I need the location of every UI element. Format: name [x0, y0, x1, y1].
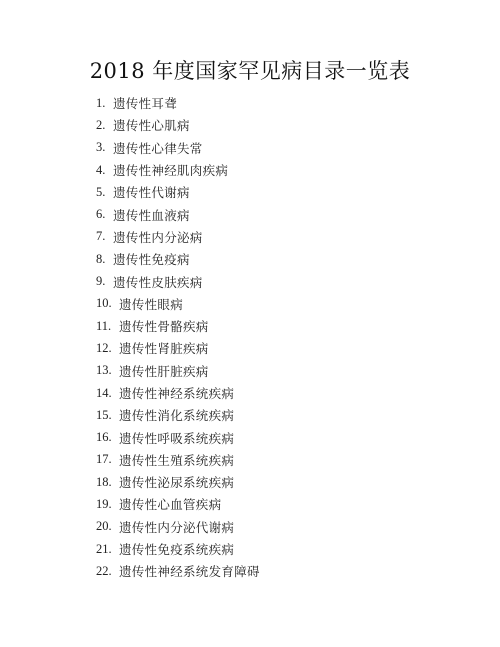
list-item: 9.遗传性皮肤疾病	[96, 270, 260, 292]
rare-disease-list: 1.遗传性耳聋 2.遗传性心肌病 3.遗传性心律失常 4.遗传性神经肌肉疾病 5…	[96, 92, 260, 583]
item-label: 遗传性神经系统疾病	[119, 384, 234, 402]
list-item: 17.遗传性生殖系统疾病	[96, 449, 260, 471]
item-number: 1.	[96, 96, 113, 111]
item-number: 15.	[96, 408, 119, 423]
list-item: 21.遗传性免疫系统疾病	[96, 538, 260, 560]
list-item: 1.遗传性耳聋	[96, 92, 260, 114]
item-label: 遗传性骨骼疾病	[119, 317, 209, 335]
item-label: 遗传性肝脏疾病	[119, 362, 209, 380]
item-label: 遗传性心血管疾病	[119, 495, 221, 513]
item-label: 遗传性呼吸系统疾病	[119, 429, 234, 447]
item-number: 11.	[96, 319, 119, 334]
item-label: 遗传性泌尿系统疾病	[119, 473, 234, 491]
item-number: 8.	[96, 252, 113, 267]
document-page: 2018 年度国家罕见病目录一览表 1.遗传性耳聋 2.遗传性心肌病 3.遗传性…	[0, 0, 500, 647]
list-item: 22.遗传性神经系统发育障碍	[96, 560, 260, 582]
item-label: 遗传性肾脏疾病	[119, 339, 209, 357]
item-label: 遗传性心肌病	[113, 116, 190, 134]
list-item: 19.遗传性心血管疾病	[96, 493, 260, 515]
list-item: 14.遗传性神经系统疾病	[96, 382, 260, 404]
list-item: 4.遗传性神经肌肉疾病	[96, 159, 260, 181]
item-number: 21.	[96, 542, 119, 557]
item-number: 18.	[96, 475, 119, 490]
item-label: 遗传性代谢病	[113, 183, 190, 201]
list-item: 15.遗传性消化系统疾病	[96, 404, 260, 426]
list-item: 6.遗传性血液病	[96, 203, 260, 225]
list-item: 2.遗传性心肌病	[96, 114, 260, 136]
list-item: 3.遗传性心律失常	[96, 137, 260, 159]
item-number: 3.	[96, 140, 113, 155]
item-number: 7.	[96, 229, 113, 244]
item-number: 10.	[96, 296, 119, 311]
list-item: 8.遗传性免疫病	[96, 248, 260, 270]
item-label: 遗传性生殖系统疾病	[119, 451, 234, 469]
item-label: 遗传性内分泌病	[113, 228, 203, 246]
list-item: 7.遗传性内分泌病	[96, 226, 260, 248]
item-label: 遗传性内分泌代谢病	[119, 518, 234, 536]
item-label: 遗传性神经系统发育障碍	[119, 562, 260, 580]
item-label: 遗传性眼病	[119, 295, 183, 313]
list-item: 10.遗传性眼病	[96, 293, 260, 315]
item-number: 14.	[96, 386, 119, 401]
item-number: 12.	[96, 341, 119, 356]
item-number: 9.	[96, 274, 113, 289]
item-label: 遗传性皮肤疾病	[113, 273, 203, 291]
item-number: 19.	[96, 497, 119, 512]
item-number: 13.	[96, 363, 119, 378]
item-number: 4.	[96, 163, 113, 178]
document-title: 2018 年度国家罕见病目录一览表	[0, 57, 500, 85]
list-item: 11.遗传性骨骼疾病	[96, 315, 260, 337]
list-item: 18.遗传性泌尿系统疾病	[96, 471, 260, 493]
item-number: 6.	[96, 207, 113, 222]
item-number: 16.	[96, 430, 119, 445]
item-label: 遗传性耳聋	[113, 94, 177, 112]
list-item: 20.遗传性内分泌代谢病	[96, 516, 260, 538]
item-number: 2.	[96, 118, 113, 133]
item-label: 遗传性免疫病	[113, 250, 190, 268]
item-label: 遗传性心律失常	[113, 139, 203, 157]
list-item: 12.遗传性肾脏疾病	[96, 337, 260, 359]
item-number: 5.	[96, 185, 113, 200]
item-label: 遗传性血液病	[113, 206, 190, 224]
item-label: 遗传性免疫系统疾病	[119, 540, 234, 558]
item-number: 17.	[96, 452, 119, 467]
item-label: 遗传性神经肌肉疾病	[113, 161, 228, 179]
list-item: 13.遗传性肝脏疾病	[96, 360, 260, 382]
item-number: 20.	[96, 519, 119, 534]
item-number: 22.	[96, 564, 119, 579]
item-label: 遗传性消化系统疾病	[119, 406, 234, 424]
list-item: 16.遗传性呼吸系统疾病	[96, 426, 260, 448]
list-item: 5.遗传性代谢病	[96, 181, 260, 203]
